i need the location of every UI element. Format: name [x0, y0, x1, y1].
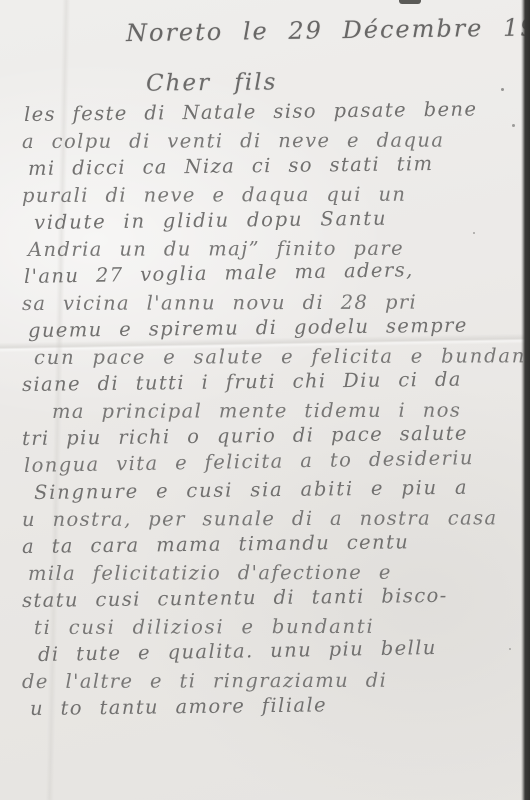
handwriting-line: les feste di Natale siso pasate bene — [24, 95, 522, 128]
letter-salutation: Cher fils — [146, 69, 278, 96]
handwriting-line: Singnure e cusi sia abiti e piu a — [34, 473, 522, 506]
paper-speck — [512, 124, 515, 127]
handwriting-line: mi dicci ca Niza ci so stati tim — [28, 149, 522, 182]
paper-speck — [509, 648, 511, 650]
scan-edge-right — [521, 0, 530, 800]
letter-body: les feste di Natale siso pasate bene a c… — [22, 101, 522, 722]
handwriting-line: u to tantu amore filiale — [30, 689, 522, 722]
handwriting-line: siane di tutti i fruti chi Diu ci da — [22, 365, 522, 398]
handwriting-line: vidute in glidiu dopu Santu — [34, 203, 522, 236]
handwriting-line: guemu e spiremu di godelu sempre — [28, 311, 522, 344]
paper-speck — [501, 88, 504, 91]
letter-dateline: Noreto le 29 Décembre 1927 — [126, 13, 530, 47]
handwriting-line: statu cusi cuntentu di tanti bisco- — [22, 581, 522, 614]
paper-speck — [473, 232, 475, 234]
letter-page: Noreto le 29 Décembre 1927 Cher fils les… — [0, 0, 530, 800]
handwriting-line: a ta cara mama timandu centu — [22, 527, 522, 560]
scan-artifact-top-mark — [399, 0, 421, 4]
